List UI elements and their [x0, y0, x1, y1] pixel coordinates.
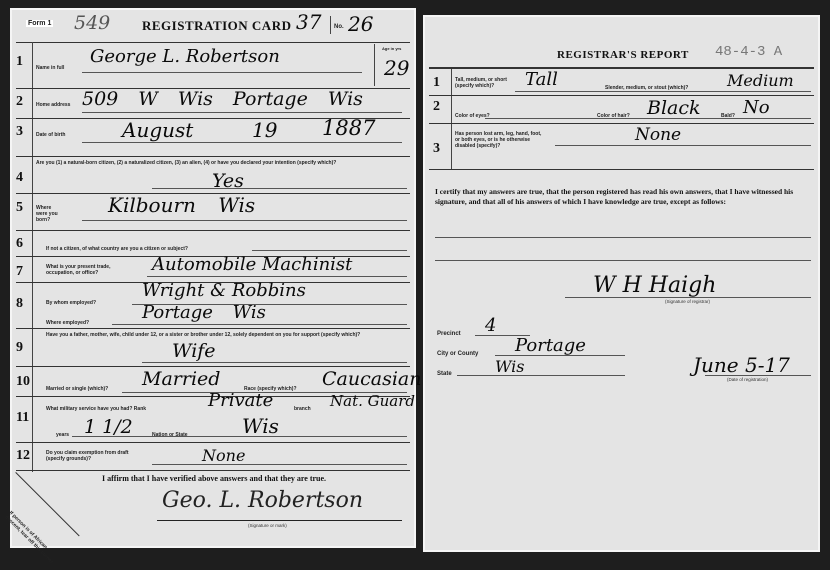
- row-number: 6: [16, 236, 23, 252]
- birthplace-value: Kilbourn Wis: [108, 193, 255, 217]
- registrar-signature-caption: (Signature of registrar): [665, 299, 710, 304]
- citizenship-label: Are you (1) a natural-born citizen, (2) …: [36, 160, 408, 166]
- military-nation-value: Wis: [242, 414, 279, 438]
- home-address-label: Home address: [36, 102, 70, 108]
- bald-value: No: [743, 97, 770, 118]
- affirmation-text: I affirm that I have verified above answ…: [102, 474, 326, 483]
- row-number: 2: [16, 94, 23, 110]
- row-number: 1: [16, 54, 23, 70]
- row-number: 3: [433, 141, 440, 157]
- form-label: Form 1: [26, 20, 53, 27]
- marital-status-value: Married: [142, 368, 220, 390]
- city-value: Portage: [515, 335, 586, 356]
- row-number: 7: [16, 264, 23, 280]
- row-number: 11: [16, 410, 29, 426]
- form-serial: 549: [74, 12, 110, 34]
- occupation-label: What is your present trade, occupation, …: [46, 264, 136, 276]
- registrar-signature: W H Haigh: [593, 273, 716, 298]
- dob-year: 1887: [322, 116, 375, 140]
- age-label: Age in yrs: [382, 46, 401, 51]
- military-rank-value: Private: [208, 390, 273, 411]
- registration-card: Form 1 549 REGISTRATION CARD 37 No. 26 1…: [10, 8, 416, 548]
- foreign-citizen-label: If not a citizen, of what country are yo…: [46, 246, 188, 252]
- disability-label: Has person lost arm, leg, hand, foot, or…: [455, 131, 545, 149]
- state-value: Wis: [495, 357, 525, 376]
- dob-label: Date of birth: [36, 132, 65, 138]
- dob-month: August: [122, 118, 193, 142]
- dependents-value: Wife: [172, 340, 216, 362]
- age-value: 29: [384, 56, 409, 80]
- years-label: years: [56, 432, 69, 438]
- row-number: 4: [16, 170, 23, 186]
- date-caption: (Date of registration): [727, 377, 768, 382]
- birthplace-label: Where were you born?: [36, 205, 64, 223]
- card-title: REGISTRATION CARD: [142, 18, 291, 34]
- precinct-label: Precinct: [437, 331, 461, 337]
- registrars-report-card: REGISTRAR'S REPORT 48-4-3 A 1 Tall, medi…: [423, 15, 820, 552]
- report-title: REGISTRAR'S REPORT: [557, 49, 689, 61]
- marital-status-label: Married or single (which)?: [46, 386, 108, 392]
- dob-day: 19: [252, 118, 277, 142]
- home-address-value: 509 W Wis Portage Wis: [82, 88, 363, 110]
- race-value: Caucasian: [322, 368, 421, 390]
- employer-value: Wright & Robbins: [142, 280, 306, 301]
- height-value: Tall: [525, 69, 558, 90]
- row-number: 9: [16, 340, 23, 356]
- disability-value: None: [635, 125, 681, 145]
- exemption-label: Do you claim exemption from draft (speci…: [46, 450, 146, 462]
- military-years-value: 1 1/2: [84, 416, 133, 438]
- precinct-value: 4: [485, 315, 496, 336]
- hair-color-value: Black: [647, 97, 701, 119]
- row-number: 8: [16, 296, 23, 312]
- row-number: 10: [16, 374, 30, 390]
- tear-off-corner-note: If person is of African descent, tear of…: [4, 510, 62, 568]
- nation-label: Nation or State: [152, 432, 188, 438]
- registrant-signature: Geo. L. Robertson: [162, 488, 363, 513]
- row-number: 1: [433, 75, 440, 91]
- military-service-label: What military service have you had? Rank: [46, 406, 146, 412]
- row-number: 3: [16, 124, 23, 140]
- report-code: 48-4-3 A: [715, 44, 782, 60]
- height-label: Tall, medium, or short (specify which)?: [455, 77, 510, 89]
- military-branch-value: Nat. Guard: [330, 392, 415, 410]
- no-value: 26: [348, 12, 373, 36]
- signature-caption: (Signature or mark): [248, 523, 287, 528]
- certification-text: I certify that my answers are true, that…: [435, 187, 811, 207]
- no-label: No.: [334, 24, 344, 30]
- branch-label: branch: [294, 406, 311, 412]
- employer-location-value: Portage Wis: [142, 302, 266, 323]
- employer-label: By whom employed?: [46, 300, 96, 306]
- build-value: Medium: [727, 71, 794, 90]
- name-label: Name in full: [36, 65, 64, 71]
- row-number: 12: [16, 448, 30, 464]
- occupation-value: Automobile Machinist: [152, 254, 352, 275]
- employer-location-label: Where employed?: [46, 320, 89, 326]
- dependents-label: Have you a father, mother, wife, child u…: [46, 332, 408, 338]
- row-number: 2: [433, 99, 440, 115]
- city-label: City or County: [437, 351, 478, 357]
- state-label: State: [437, 371, 452, 377]
- row-number: 5: [16, 200, 23, 216]
- registration-date: June 5-17: [693, 353, 790, 377]
- card-number-handwritten: 37: [296, 10, 321, 34]
- exemption-value: None: [202, 446, 245, 465]
- name-value: George L. Robertson: [90, 46, 280, 67]
